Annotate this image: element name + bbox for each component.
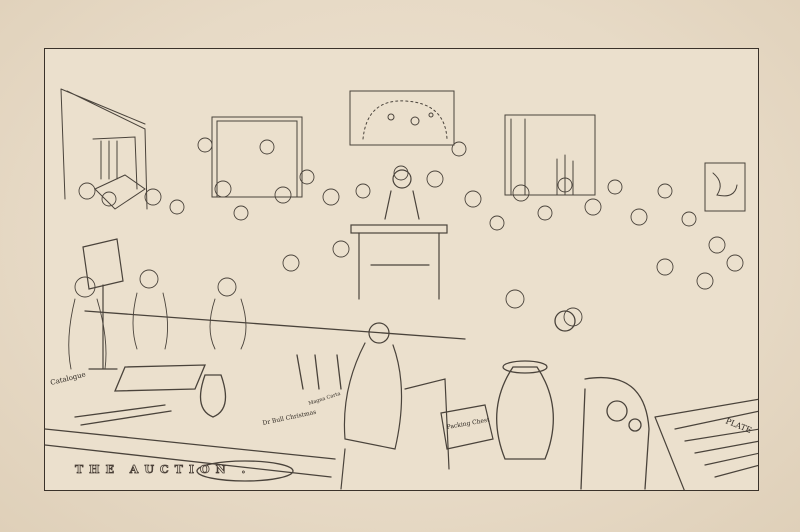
paper-sheet: Catalogue Dr Bull Christmas Magna Carta … — [0, 0, 800, 532]
swords — [75, 405, 171, 425]
seated-man-center — [341, 323, 449, 489]
urn-and-chair — [497, 311, 649, 489]
bottles — [297, 355, 341, 389]
framed-painting-center — [350, 91, 454, 145]
plate-crate — [655, 399, 759, 491]
music-stand — [83, 239, 123, 369]
catalogue-label: Catalogue — [50, 370, 87, 386]
framed-picture-right — [705, 163, 745, 211]
auctioneer-desk — [351, 170, 447, 299]
book-label-2: Magna Carta — [308, 391, 342, 407]
engraving-plate: Catalogue Dr Bull Christmas Magna Carta … — [44, 48, 759, 491]
chest-label: Packing Chest — [446, 416, 491, 431]
caption: THE AUCTION . — [75, 463, 251, 476]
illustration: Catalogue Dr Bull Christmas Magna Carta … — [45, 49, 759, 491]
doorway-center-left — [212, 117, 302, 197]
vase — [201, 375, 226, 417]
doorway-center-right — [505, 115, 595, 195]
book-label: Dr Bull Christmas — [262, 409, 317, 427]
doorway-left — [61, 89, 147, 209]
tray — [115, 365, 205, 391]
